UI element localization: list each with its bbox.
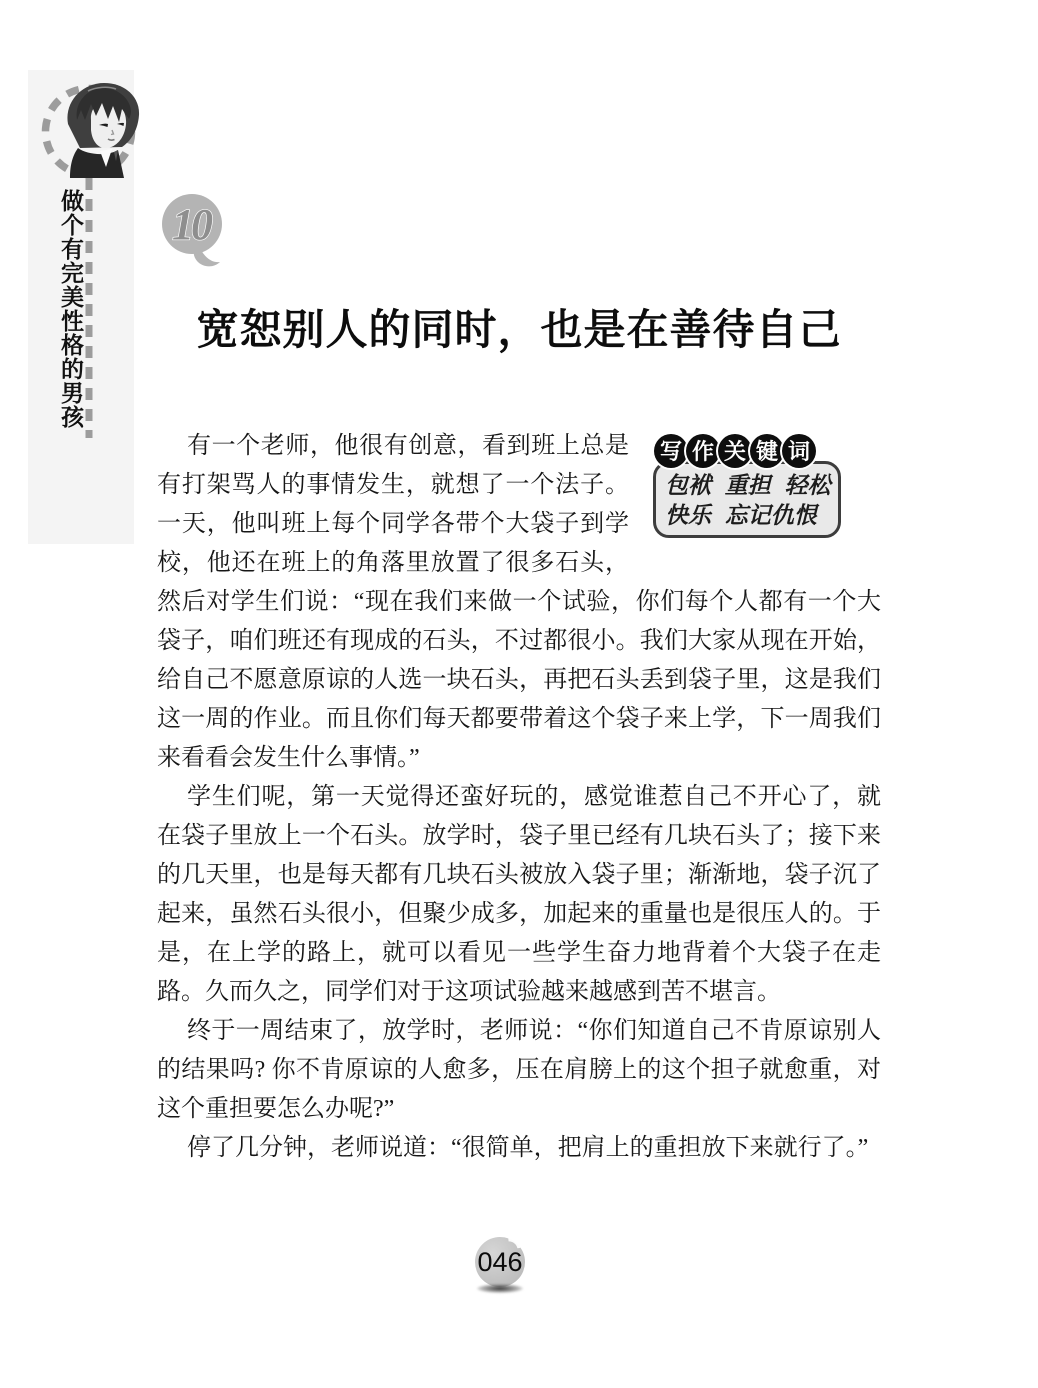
boy-avatar-illustration xyxy=(58,78,146,178)
page-number: 046 xyxy=(477,1247,522,1278)
keywords-box: 包袱 重担 轻松 快乐 忘记仇恨 写 作 关 键 词 xyxy=(653,427,841,538)
speech-bubble-icon: 10 xyxy=(160,191,238,269)
keyword-title-char: 词 xyxy=(782,434,816,468)
keyword-title-char: 关 xyxy=(718,434,752,468)
keyword-title-char: 作 xyxy=(686,434,720,468)
book-page: 做个有完美性格的男孩 10 宽恕别人的同时，也是在善待自己 包袱 重担 轻松 快… xyxy=(0,0,1038,1388)
page-number-badge: 046 xyxy=(475,1237,525,1287)
paragraph-3: 终于一周结束了，放学时，老师说：“你们知道自己不肯原谅别人的结果吗? 你不肯原谅… xyxy=(157,1012,881,1129)
keyword-title-char: 键 xyxy=(750,434,784,468)
page-number-shadow xyxy=(477,1284,523,1293)
keyword-row-1: 包袱 重担 轻松 xyxy=(665,471,834,501)
paragraph-2: 学生们呢，第一天觉得还蛮好玩的，感觉谁惹自己不开心了，就在袋子里放上一个石头。放… xyxy=(157,778,881,1012)
keyword-row-2: 快乐 忘记仇恨 xyxy=(665,501,834,531)
keywords-box-title: 写 作 关 键 词 xyxy=(654,434,814,468)
body-text: 包袱 重担 轻松 快乐 忘记仇恨 写 作 关 键 词 有一个老师，他很有创意，看… xyxy=(157,427,881,1168)
chapter-number: 10 xyxy=(172,200,213,249)
chapter-title: 宽恕别人的同时，也是在善待自己 xyxy=(157,307,881,355)
anime-boy-portrait-icon xyxy=(58,78,146,178)
keywords-panel: 包袱 重担 轻松 快乐 忘记仇恨 xyxy=(653,461,841,538)
series-title-vertical: 做个有完美性格的男孩 xyxy=(54,189,87,429)
chapter-number-bubble: 10 xyxy=(160,191,238,269)
paragraph-4: 停了几分钟，老师说道：“很简单，把肩上的重担放下来就行了。” xyxy=(157,1129,881,1168)
keyword-title-char: 写 xyxy=(654,434,688,468)
